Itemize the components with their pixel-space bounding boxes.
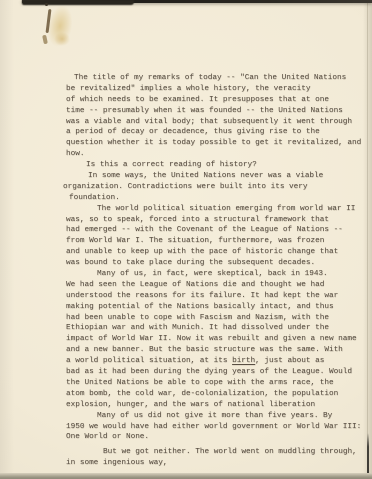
text-line: organization. Contradictions were built …: [63, 182, 370, 193]
paragraph: The world political situation emerging f…: [66, 204, 370, 269]
text-line: had emerged -- with the Covenant of the …: [66, 225, 370, 236]
text-line: Many of us did not give it more than fiv…: [66, 411, 370, 422]
text-line: Is this a correct reading of history?: [66, 160, 370, 171]
paragraph: The title of my remarks of today -- "Can…: [66, 73, 370, 160]
text-line: had been unable to cope with Fascism and…: [66, 313, 370, 324]
text-line: bad as it had been during the dying year…: [66, 367, 370, 378]
text-line: One World or None.: [66, 432, 370, 443]
text-line: time -- presumably when it was founded -…: [66, 106, 370, 117]
text-line: was a viable and vital body; that subseq…: [66, 117, 370, 128]
text-line: atom bomb, the cold war, de-colonializat…: [66, 389, 370, 400]
text-line: a period of decay or decadence, thus giv…: [66, 127, 370, 138]
paragraph: Many of us, in fact, were skeptical, bac…: [66, 269, 370, 411]
text-line: explosion, hunger, and the wars of natio…: [66, 400, 370, 411]
left-paper-edge-shade: [0, 0, 14, 479]
pen-mark-dot: [45, 3, 48, 6]
text-line: We had seen the League of Nations die an…: [66, 280, 370, 291]
underlined-word: birth: [232, 357, 255, 365]
ink-stain-blotch-small: [54, 32, 70, 46]
bottom-scan-edge: [0, 473, 372, 479]
text-line: and a new banner. But the basic structur…: [66, 345, 370, 356]
text-line: understood the reasons for its failure. …: [66, 291, 370, 302]
paragraph: In some ways, the United Nations never w…: [66, 171, 370, 204]
text-line: be revitalized" implies a whole history,…: [66, 84, 370, 95]
text-line: the United Nations be able to cope with …: [66, 378, 370, 389]
text-line: was bound to take place during the subse…: [66, 258, 370, 269]
pen-mark-small: [42, 35, 48, 45]
text-line: The title of my remarks of today -- "Can…: [66, 73, 370, 84]
paragraph: Many of us did not give it more than fiv…: [66, 411, 370, 444]
text-line: In some ways, the United Nations never w…: [66, 171, 370, 182]
typewritten-text-block: The title of my remarks of today -- "Can…: [66, 73, 370, 469]
text-line: how.: [66, 149, 370, 160]
text-line: was, so to speak, forced into a structur…: [66, 215, 370, 226]
text-line: question whether it is today possible to…: [66, 138, 370, 149]
text-line: from World War I. The situation, further…: [66, 236, 370, 247]
text-line: foundation.: [69, 193, 370, 204]
text-line: The world political situation emerging f…: [66, 204, 370, 215]
text-line: Many of us, in fact, were skeptical, bac…: [66, 269, 370, 280]
text-line: making potential of the Nations basicall…: [66, 302, 370, 313]
text-line: 1950 we would have had either world gove…: [66, 422, 370, 433]
text-line: Ethiopian war and with Munich. It had di…: [66, 323, 370, 334]
text-line: of which needs to be examined. It presup…: [66, 95, 370, 106]
text-line: But we got neither. The world went on mu…: [66, 447, 370, 458]
paragraph: Is this a correct reading of history?: [66, 160, 370, 171]
scanned-document-page: The title of my remarks of today -- "Can…: [0, 0, 372, 479]
top-scan-edge-thick: [22, 0, 134, 5]
text-line: a world political situation, at its birt…: [66, 356, 370, 367]
text-line: and unable to keep up with the pace of h…: [66, 247, 370, 258]
paragraph: But we got neither. The world went on mu…: [66, 447, 370, 469]
text-line: impact of World War II. Now it was rebui…: [66, 334, 370, 345]
text-line: in some ingenious way,: [66, 458, 370, 469]
